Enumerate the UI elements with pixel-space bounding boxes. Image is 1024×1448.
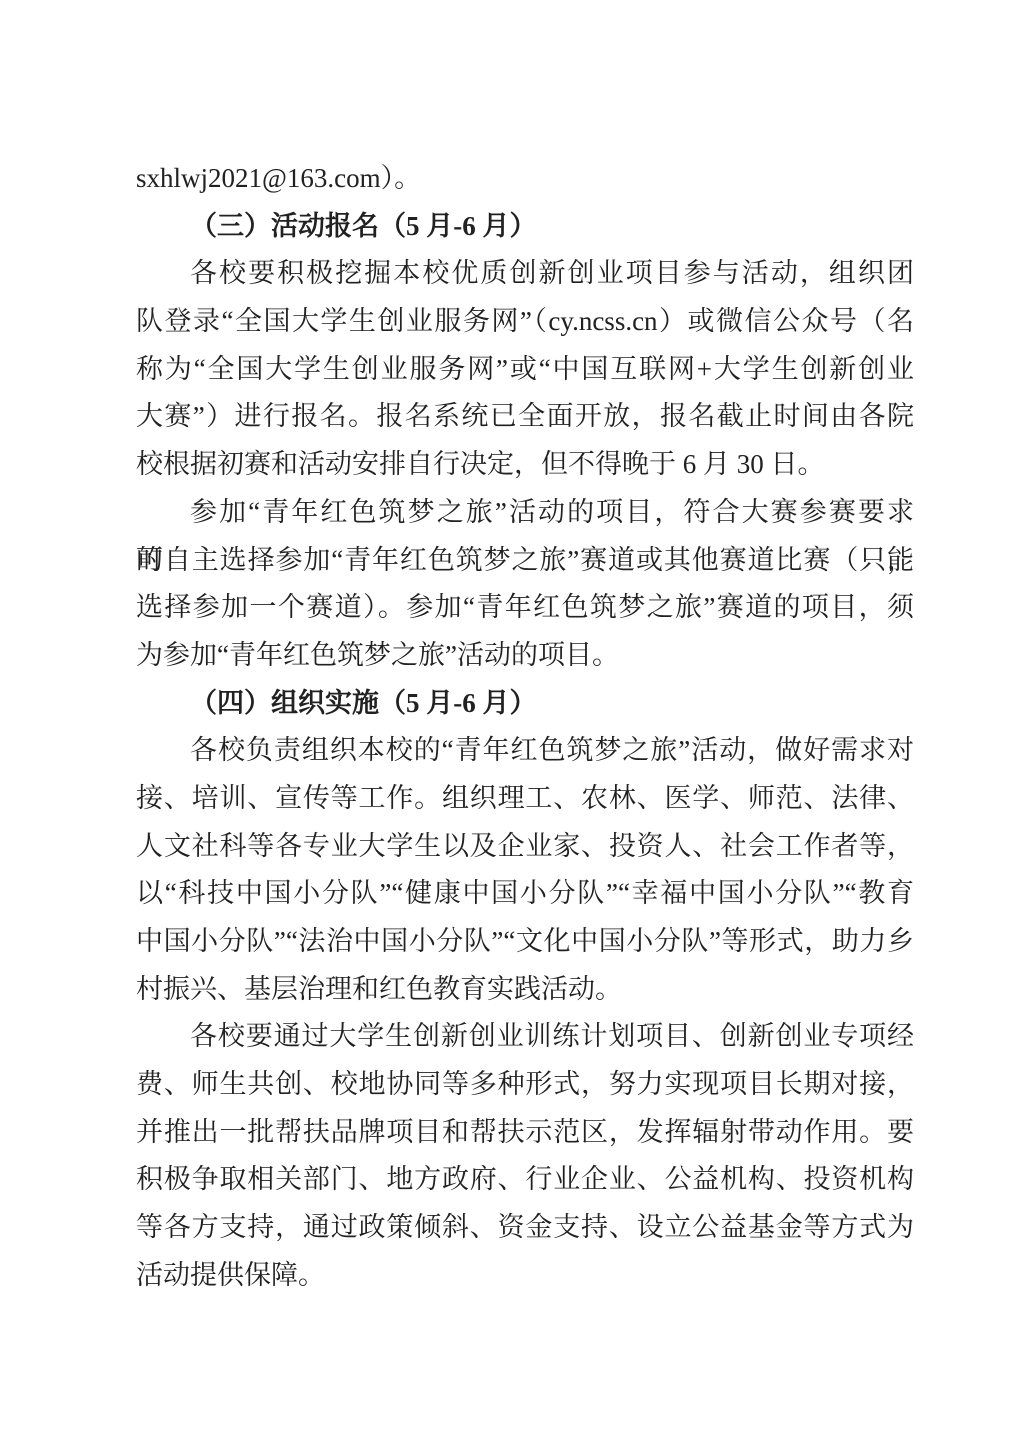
- text-line: 以“科技中国小分队”“健康中国小分队”“幸福中国小分队”“教育: [136, 870, 914, 918]
- text-line: 大赛”）进行报名。报名系统已全面开放，报名截止时间由各院: [136, 393, 914, 441]
- text-line: 积极争取相关部门、地方政府、行业企业、公益机构、投资机构: [136, 1156, 914, 1204]
- text-line: 各校负责组织本校的“青年红色筑梦之旅”活动，做好需求对: [136, 727, 914, 775]
- text-line: 各校要通过大学生创新创业训练计划项目、创新创业专项经: [136, 1013, 914, 1061]
- text-line: 可自主选择参加“青年红色筑梦之旅”赛道或其他赛道比赛（只能: [136, 537, 914, 585]
- text-line: 中国小分队”“法治中国小分队”“文化中国小分队”等形式，助力乡: [136, 918, 914, 966]
- text-line: 为参加“青年红色筑梦之旅”活动的项目。: [136, 632, 914, 680]
- text-line: 队登录“全国大学生创业服务网”（cy.ncss.cn）或微信公众号（名: [136, 298, 914, 346]
- text-line: 各校要积极挖掘本校优质创新创业项目参与活动，组织团: [136, 250, 914, 298]
- text-line: 等各方支持，通过政策倾斜、资金支持、设立公益基金等方式为: [136, 1204, 914, 1252]
- text-line: 选择参加一个赛道）。参加“青年红色筑梦之旅”赛道的项目，须: [136, 584, 914, 632]
- document-page: sxhlwj2021@163.com）。 （三）活动报名（5 月-6 月） 各校…: [0, 0, 1024, 1448]
- text-line: 村振兴、基层治理和红色教育实践活动。: [136, 966, 914, 1014]
- text-line: 费、师生共创、校地协同等多种形式，努力实现项目长期对接，: [136, 1061, 914, 1109]
- text-line: 校根据初赛和活动安排自行决定，但不得晚于 6 月 30 日。: [136, 441, 914, 489]
- text-line: 接、培训、宣传等工作。组织理工、农林、医学、师范、法律、: [136, 775, 914, 823]
- document-text-block: sxhlwj2021@163.com）。 （三）活动报名（5 月-6 月） 各校…: [136, 155, 914, 1300]
- text-line: 人文社科等各专业大学生以及企业家、投资人、社会工作者等，: [136, 823, 914, 871]
- section-heading-3: （三）活动报名（5 月-6 月）: [136, 203, 914, 251]
- text-line: 活动提供保障。: [136, 1252, 914, 1300]
- text-line: 并推出一批帮扶品牌项目和帮扶示范区，发挥辐射带动作用。要: [136, 1109, 914, 1157]
- paragraph-tail-email: sxhlwj2021@163.com）。: [136, 155, 914, 203]
- text-line: 参加“青年红色筑梦之旅”活动的项目，符合大赛参赛要求的，: [136, 489, 914, 537]
- text-line: 称为“全国大学生创业服务网”或“中国互联网+大学生创新创业: [136, 346, 914, 394]
- section-heading-4: （四）组织实施（5 月-6 月）: [136, 680, 914, 728]
